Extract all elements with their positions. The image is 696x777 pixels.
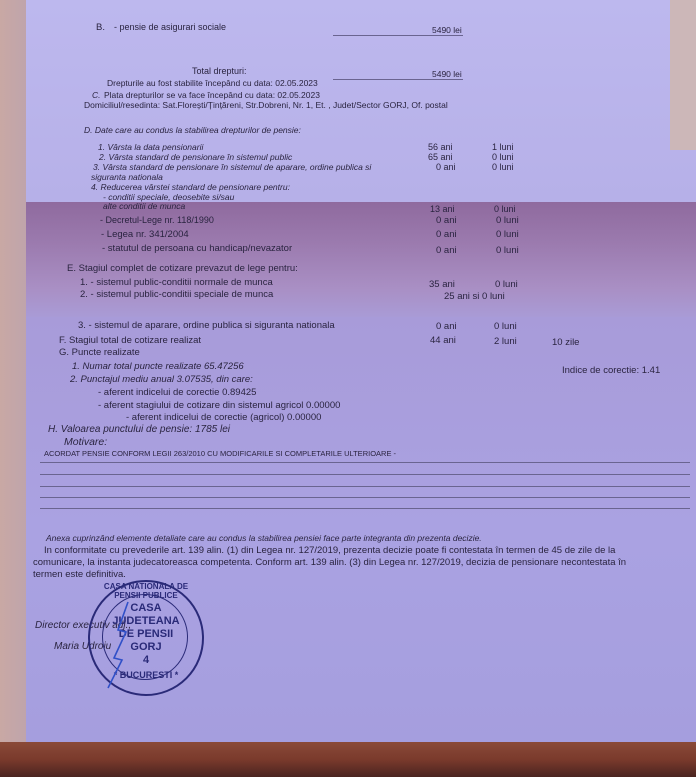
stamp-ring-text: CASA NATIONALA DE PENSII PUBLICE: [90, 582, 202, 600]
d-row-3-ani: 0 ani: [436, 162, 456, 172]
average-points: 2. Punctajul mediu anual 3.07535, din ca…: [70, 374, 253, 385]
d-row-3-label-cont: siguranta nationala: [91, 172, 163, 182]
legal-text-1: In conformitate cu prevederile art. 139 …: [44, 545, 615, 556]
motivation-line: [40, 474, 690, 475]
d-row-3-luni: 0 luni: [492, 162, 514, 172]
d-row-2-luni: 0 luni: [492, 152, 514, 162]
law-341-label: - Legea nr. 341/2004: [101, 229, 189, 240]
decree-118-ani: 0 ani: [436, 215, 457, 226]
e-row-3-luni: 0 luni: [494, 321, 517, 332]
e-row-3-label: 3. - sistemul de aparare, ordine publica…: [78, 320, 335, 331]
section-f-luni: 2 luni: [494, 336, 517, 347]
table-edge: [670, 0, 696, 150]
table-edge-bottom: [0, 742, 696, 777]
d-row-2-ani: 65 ani: [428, 152, 453, 162]
section-b-text: - pensie de asigurari sociale: [114, 22, 226, 32]
motivation-line: [40, 508, 690, 509]
legal-text-3: termen este definitiva.: [33, 569, 126, 580]
payment-date: Plata drepturilor se va face începând cu…: [104, 90, 320, 100]
avg-sub-agricol: - aferent stagiului de cotizare din sist…: [98, 400, 340, 411]
d-row-1-label: 1. Vârsta la data pensionarii: [98, 142, 203, 152]
e-row-2-value: 25 ani si 0 luni: [444, 291, 505, 302]
decree-118-label: - Decretul-Lege nr. 118/1990: [100, 215, 214, 225]
total-points: 1. Numar total puncte realizate 65.47256: [72, 361, 244, 372]
handicap-label: - statutul de persoana cu handicap/nevaz…: [102, 243, 292, 254]
section-b-label: B.: [96, 22, 105, 33]
reduction-luni: 0 luni: [494, 204, 516, 214]
section-f-zile: 10 zile: [552, 337, 579, 348]
handicap-luni: 0 luni: [496, 245, 519, 256]
underline: [333, 79, 463, 80]
e-row-3-ani: 0 ani: [436, 321, 457, 332]
legal-text-2: comunicare, la instanta judecatoreasca c…: [33, 557, 626, 568]
law-341-ani: 0 ani: [436, 229, 457, 240]
motivation-line: [40, 497, 690, 498]
section-e-title: E. Stagiul complet de cotizare prevazut …: [67, 263, 298, 274]
e-row-1-ani: 35 ani: [429, 279, 455, 290]
established-date: Drepturile au fost stabilite începând cu…: [107, 78, 318, 88]
reduction-sub2: alte conditii de munca: [103, 201, 185, 211]
annex-note: Anexa cuprinzând elemente detaliate care…: [46, 533, 482, 543]
point-value: H. Valoarea punctului de pensie: 1785 le…: [48, 424, 230, 435]
e-row-1-label: 1. - sistemul public-conditii normale de…: [80, 277, 273, 288]
decree-118-luni: 0 luni: [496, 215, 519, 226]
handicap-ani: 0 ani: [436, 245, 457, 256]
section-f-ani: 44 ani: [430, 335, 456, 346]
motivation-line: [40, 462, 690, 463]
section-g-title: G. Puncte realizate: [59, 347, 140, 358]
section-b-value: 5490 lei: [432, 25, 462, 35]
motivation-text: ACORDAT PENSIE CONFORM LEGII 263/2010 CU…: [44, 449, 396, 458]
underline: [333, 35, 463, 36]
d-row-1-luni: 1 luni: [492, 142, 514, 152]
avg-sub-correction: - aferent indicelui de corectie 0.89425: [98, 387, 256, 398]
reduction-ani: 13 ani: [430, 204, 455, 214]
payment-label: C.: [92, 90, 101, 100]
law-341-luni: 0 luni: [496, 229, 519, 240]
correction-index: Indice de corectie: 1.41: [562, 365, 660, 376]
total-label: Total drepturi:: [192, 66, 247, 76]
section-f-label: F. Stagiul total de cotizare realizat: [59, 335, 201, 346]
section-d-title: D. Date care au condus la stabilirea dre…: [84, 125, 301, 135]
signature-icon: [100, 600, 140, 690]
e-row-1-luni: 0 luni: [495, 279, 518, 290]
reduction-title: 4. Reducerea vârstei standard de pension…: [91, 182, 290, 192]
total-value: 5490 lei: [432, 69, 462, 79]
motivation-label: Motivare:: [64, 436, 107, 448]
d-row-2-label: 2. Vârsta standard de pensionare în sist…: [99, 152, 292, 162]
d-row-3-label: 3. Vârsta standard de pensionare în sist…: [93, 162, 371, 172]
avg-sub-agricol-correction: - aferent indicelui de corectie (agricol…: [126, 412, 321, 423]
e-row-2-label: 2. - sistemul public-conditii speciale d…: [80, 289, 273, 300]
domicile: Domiciliul/resedinta: Sat.Florești/Țință…: [84, 100, 448, 110]
d-row-1-ani: 56 ani: [428, 142, 453, 152]
motivation-line: [40, 486, 690, 487]
